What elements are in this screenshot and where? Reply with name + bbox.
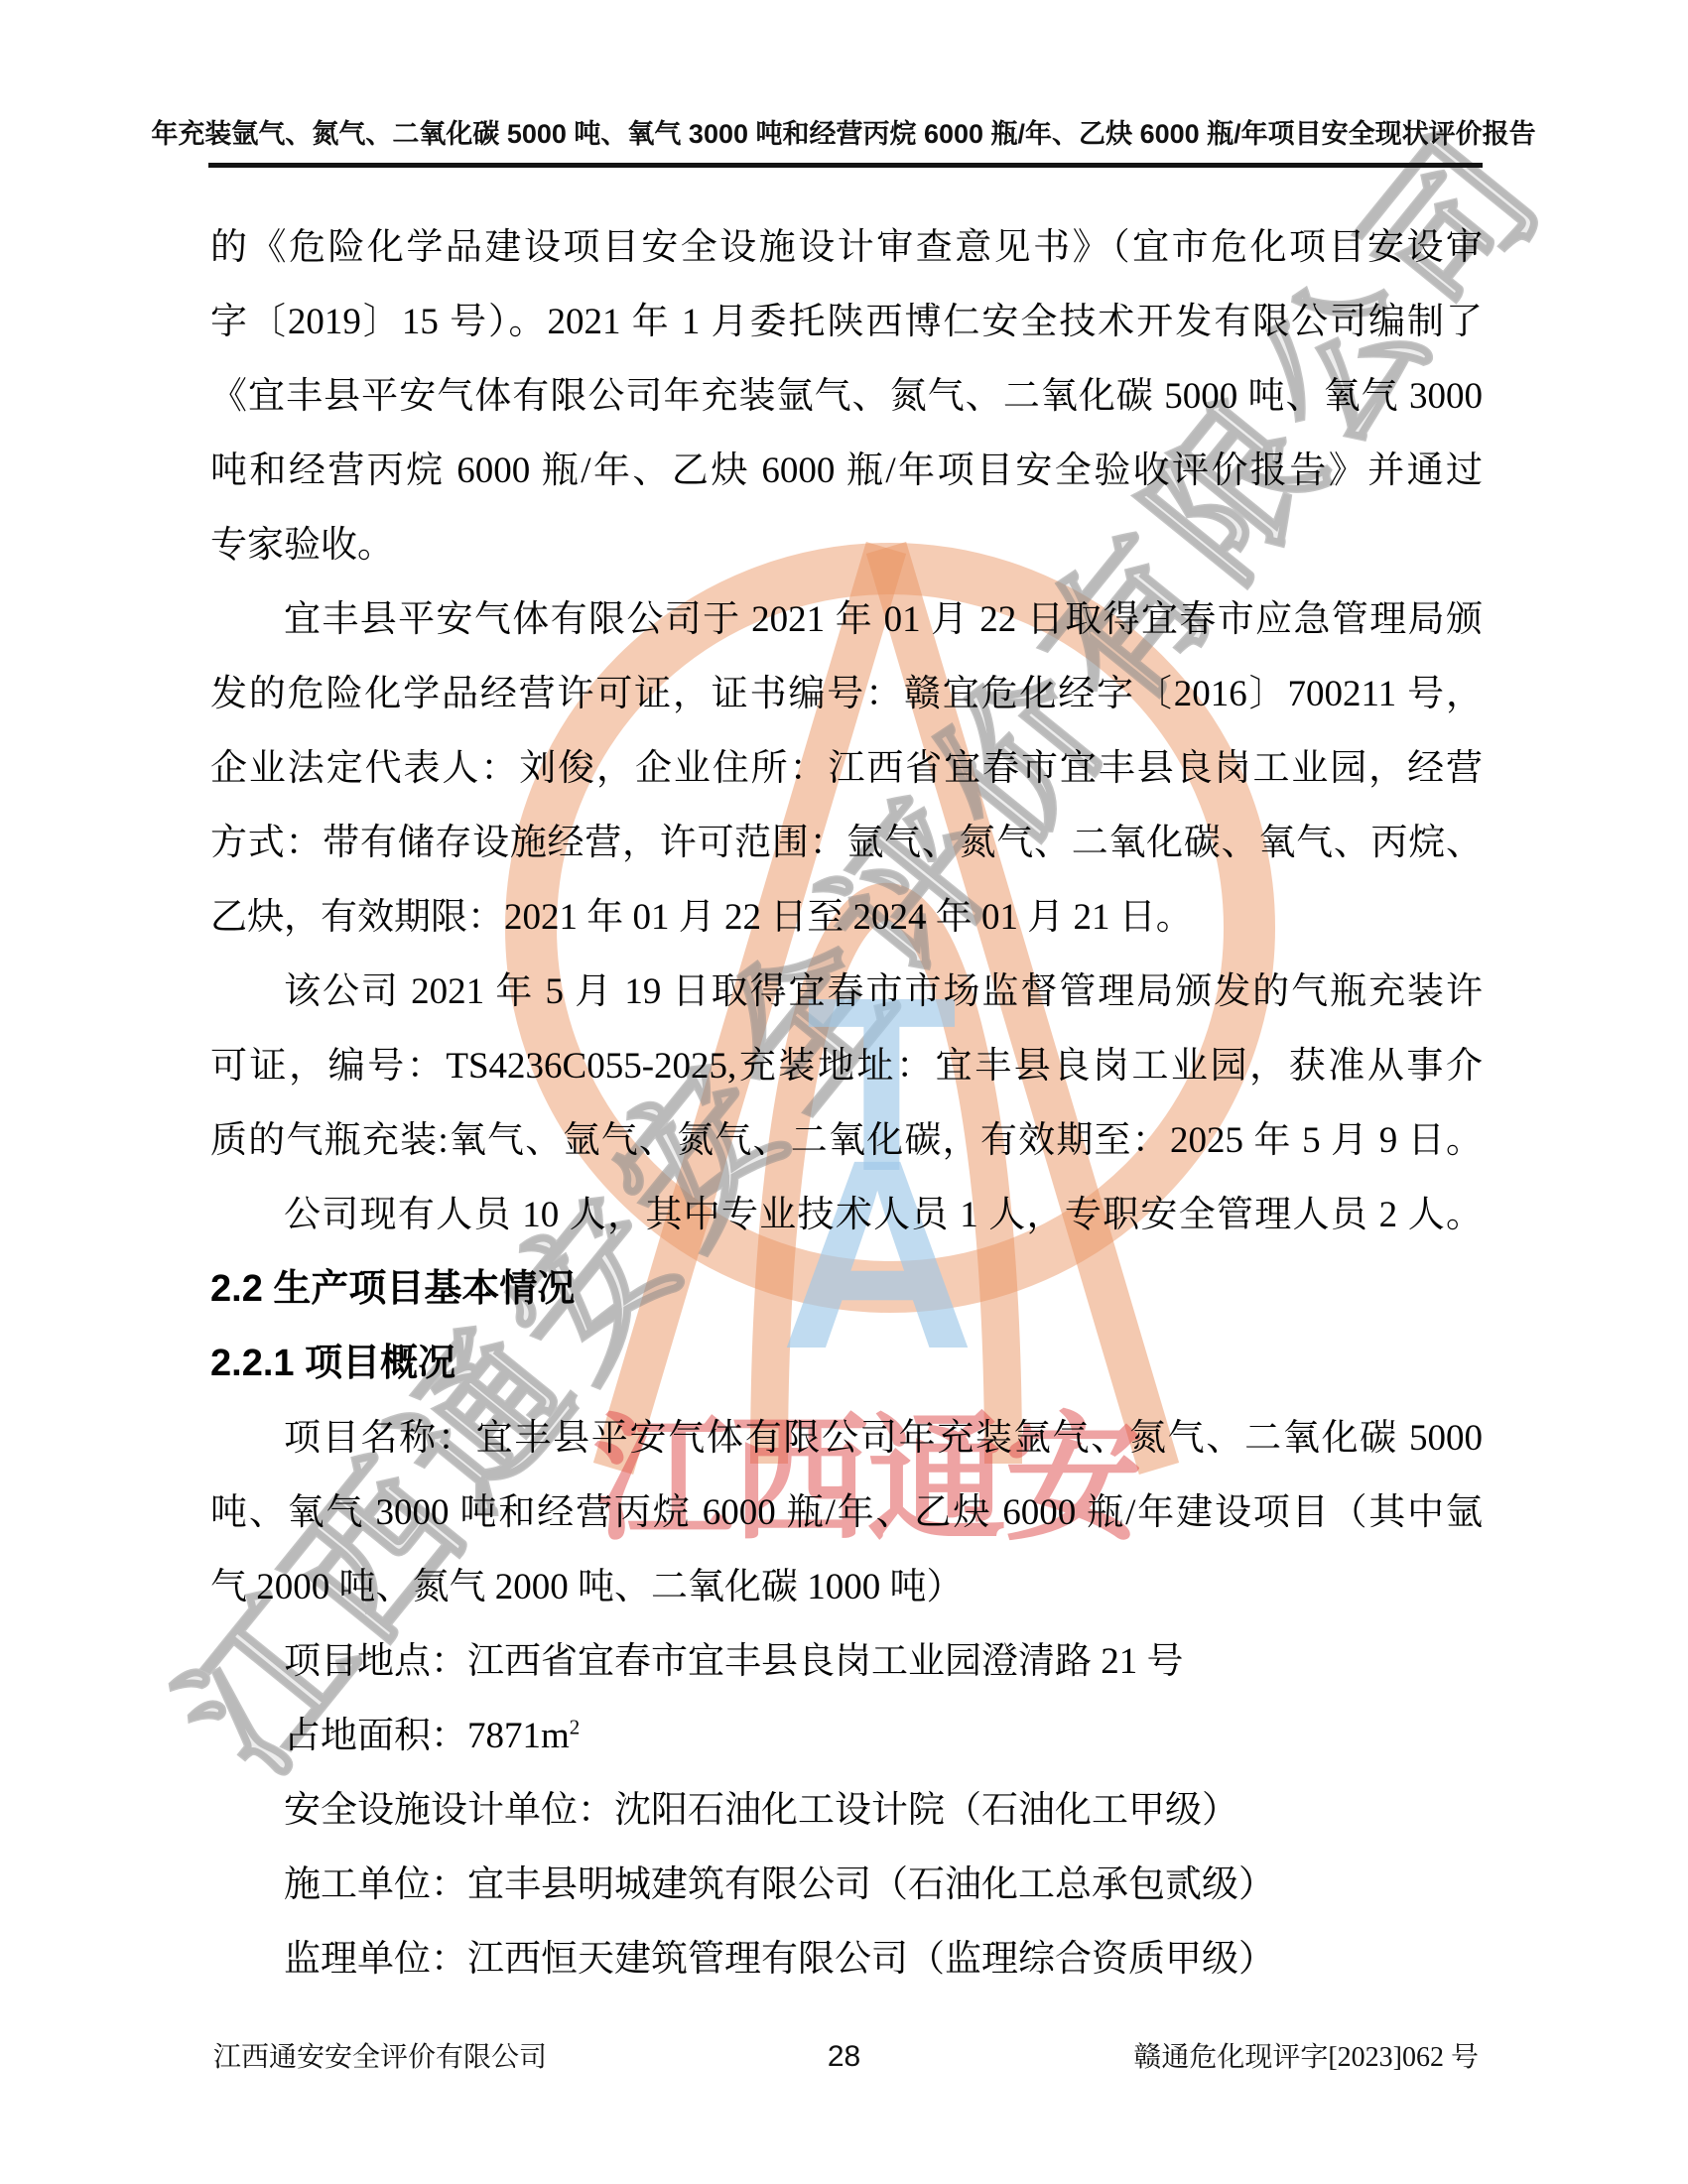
body-line-text: 吨和经营丙烷 6000 瓶/年、乙炔 6000 瓶/年项目安全验收评价报告》并通… — [210, 450, 1483, 491]
body-line-text: 方式：带有储存设施经营，许可范围：氩气、氮气、二氧化碳、氧气、丙烷、 — [210, 823, 1483, 863]
body-line: 《宜丰县平安气体有限公司年充装氩气、氮气、二氧化碳 5000 吨、氧气 3000 — [210, 359, 1483, 434]
body-line: 该公司 2021 年 5 月 19 日取得宜春市市场监督管理局颁发的气瓶充装许 — [210, 955, 1483, 1029]
document-page: 江西通安安全评价有限公司 T A 江西通安 年充装氩气、氮气、二氧化碳 5000… — [0, 0, 1688, 2184]
body-line: 吨、氧气 3000 吨和经营丙烷 6000 瓶/年、乙炔 6000 瓶/年建设项… — [210, 1476, 1483, 1550]
body-line-text: 2.2.1 项目概况 — [210, 1343, 455, 1384]
body-line: 安全设施设计单位：沈阳石油化工设计院（石油化工甲级） — [210, 1773, 1483, 1848]
footer-doc-number: 赣通危化现评字[2023]062 号 — [1133, 2040, 1479, 2076]
body-line: 方式：带有储存设施经营，许可范围：氩气、氮气、二氧化碳、氧气、丙烷、 — [210, 806, 1483, 880]
section-heading: 2.2.1 项目概况 — [210, 1327, 1483, 1401]
body-line: 可证，编号：TS4236C055-2025,充装地址：宜丰县良岗工业园，获准从事… — [210, 1029, 1483, 1103]
body-line: 乙炔，有效期限：2021 年 01 月 22 日至 2024 年 01 月 21… — [210, 880, 1483, 955]
body-line: 专家验收。 — [210, 508, 1483, 582]
body-line: 发的危险化学品经营许可证，证书编号：赣宜危化经字〔2016〕700211 号， — [210, 657, 1483, 731]
body-line-text: 公司现有人员 10 人，其中专业技术人员 1 人，专职安全管理人员 2 人。 — [284, 1195, 1483, 1235]
document-body: 的《危险化学品建设项目安全设施设计审查意见书》（宜市危化项目安设审字〔2019〕… — [210, 210, 1483, 1996]
body-line-text: 的《危险化学品建设项目安全设施设计审查意见书》（宜市危化项目安设审 — [210, 227, 1483, 268]
body-line: 监理单位：江西恒天建筑管理有限公司（监理综合资质甲级） — [210, 1922, 1483, 1996]
body-line: 字〔2019〕15 号）。2021 年 1 月委托陕西博仁安全技术开发有限公司编… — [210, 285, 1483, 359]
body-line-text: 企业法定代表人：刘俊，企业住所：江西省宜春市宜丰县良岗工业园，经营 — [210, 748, 1483, 789]
body-line: 公司现有人员 10 人，其中专业技术人员 1 人，专职安全管理人员 2 人。 — [210, 1178, 1483, 1252]
body-line-text: 监理单位：江西恒天建筑管理有限公司（监理综合资质甲级） — [284, 1939, 1275, 1980]
superscript: 2 — [570, 1716, 581, 1739]
body-line-text: 项目地点：江西省宜春市宜丰县良岗工业园澄清路 21 号 — [284, 1641, 1184, 1682]
body-line-text: 专家验收。 — [210, 525, 394, 566]
body-line: 吨和经营丙烷 6000 瓶/年、乙炔 6000 瓶/年项目安全验收评价报告》并通… — [210, 434, 1483, 508]
page-header-title: 年充装氩气、氮气、二氧化碳 5000 吨、氧气 3000 吨和经营丙烷 6000… — [149, 117, 1538, 151]
body-line: 项目名称：宜丰县平安气体有限公司年充装氩气、氮气、二氧化碳 5000 — [210, 1401, 1483, 1476]
body-line-text: 《宜丰县平安气体有限公司年充装氩气、氮气、二氧化碳 5000 吨、氧气 3000 — [210, 376, 1483, 417]
body-line-text: 发的危险化学品经营许可证，证书编号：赣宜危化经字〔2016〕700211 号， — [210, 674, 1483, 714]
body-line-text: 宜丰县平安气体有限公司于 2021 年 01 月 22 日取得宜春市应急管理局颁 — [284, 599, 1483, 640]
body-line: 企业法定代表人：刘俊，企业住所：江西省宜春市宜丰县良岗工业园，经营 — [210, 731, 1483, 806]
body-line: 宜丰县平安气体有限公司于 2021 年 01 月 22 日取得宜春市应急管理局颁 — [210, 582, 1483, 657]
body-line: 质的气瓶充装:氧气、氩气、氮气、二氧化碳，有效期至：2025 年 5 月 9 日… — [210, 1103, 1483, 1178]
body-line-text: 项目名称：宜丰县平安气体有限公司年充装氩气、氮气、二氧化碳 5000 — [284, 1418, 1483, 1459]
body-line-text: 字〔2019〕15 号）。2021 年 1 月委托陕西博仁安全技术开发有限公司编… — [210, 302, 1483, 342]
body-line: 施工单位：宜丰县明城建筑有限公司（石油化工总承包贰级） — [210, 1848, 1483, 1922]
body-line-text: 施工单位：宜丰县明城建筑有限公司（石油化工总承包贰级） — [284, 1864, 1275, 1905]
body-line: 占地面积：7871m2 — [210, 1699, 1483, 1773]
body-line-text: 可证，编号：TS4236C055-2025,充装地址：宜丰县良岗工业园，获准从事… — [210, 1046, 1483, 1087]
body-line-text: 占地面积：7871m — [284, 1716, 570, 1756]
document-content: 年充装氩气、氮气、二氧化碳 5000 吨、氧气 3000 吨和经营丙烷 6000… — [0, 0, 1688, 2184]
body-line-text: 该公司 2021 年 5 月 19 日取得宜春市市场监督管理局颁发的气瓶充装许 — [284, 971, 1483, 1012]
body-line-text: 乙炔，有效期限：2021 年 01 月 22 日至 2024 年 01 月 21… — [210, 897, 1193, 938]
body-line-text: 吨、氧气 3000 吨和经营丙烷 6000 瓶/年、乙炔 6000 瓶/年建设项… — [210, 1492, 1483, 1533]
body-line: 气 2000 吨、氮气 2000 吨、二氧化碳 1000 吨） — [210, 1550, 1483, 1624]
body-line: 的《危险化学品建设项目安全设施设计审查意见书》（宜市危化项目安设审 — [210, 210, 1483, 285]
body-line: 项目地点：江西省宜春市宜丰县良岗工业园澄清路 21 号 — [210, 1624, 1483, 1699]
header-divider — [208, 163, 1483, 168]
body-line-text: 2.2 生产项目基本情况 — [210, 1268, 575, 1310]
body-line-text: 气 2000 吨、氮气 2000 吨、二氧化碳 1000 吨） — [210, 1567, 964, 1607]
body-line-text: 质的气瓶充装:氧气、氩气、氮气、二氧化碳，有效期至：2025 年 5 月 9 日… — [210, 1120, 1483, 1161]
body-line-text: 安全设施设计单位：沈阳石油化工设计院（石油化工甲级） — [284, 1790, 1238, 1831]
section-heading: 2.2 生产项目基本情况 — [210, 1252, 1483, 1327]
